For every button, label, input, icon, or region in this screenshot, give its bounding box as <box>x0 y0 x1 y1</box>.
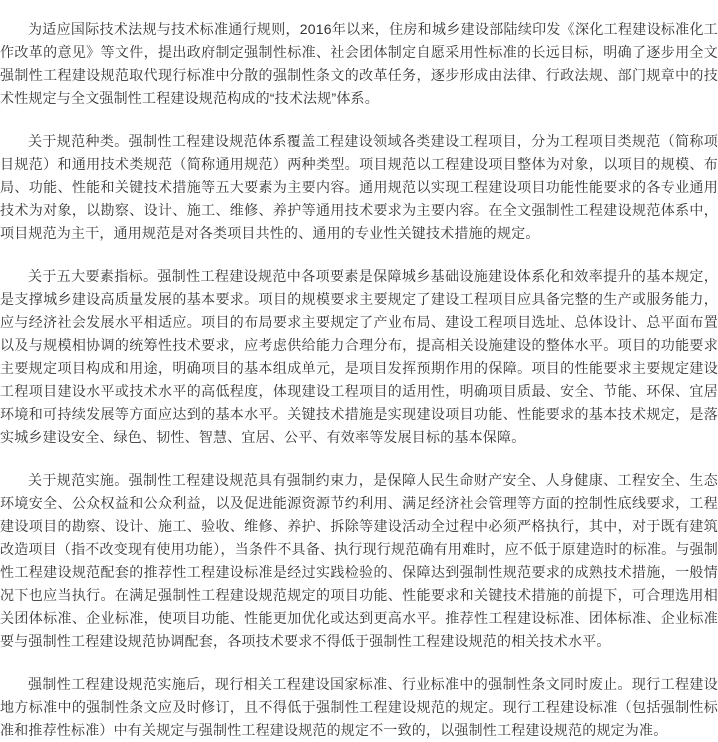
paragraph-supersession: 强制性工程建设规范实施后，现行相关工程建设国家标准、行业标准中的强制性条文同时废… <box>0 673 718 742</box>
document-page: 为适应国际技术法规与技术标准通行规则，2016年以来，住房和城乡建设部陆续印发《… <box>0 0 718 742</box>
paragraph-five-elements: 关于五大要素指标。强制性工程建设规范中各项要素是保障城乡基础设施建设体系化和效率… <box>0 265 718 449</box>
paragraph-reform-background: 为适应国际技术法规与技术标准通行规则，2016年以来，住房和城乡建设部陆续印发《… <box>0 18 718 110</box>
paragraph-implementation: 关于规范实施。强制性工程建设规范具有强制约束力，是保障人民生命财产安全、人身健康… <box>0 469 718 653</box>
paragraph-spec-types: 关于规范种类。强制性工程建设规范体系覆盖工程建设领域各类建设工程项目，分为工程项… <box>0 130 718 245</box>
